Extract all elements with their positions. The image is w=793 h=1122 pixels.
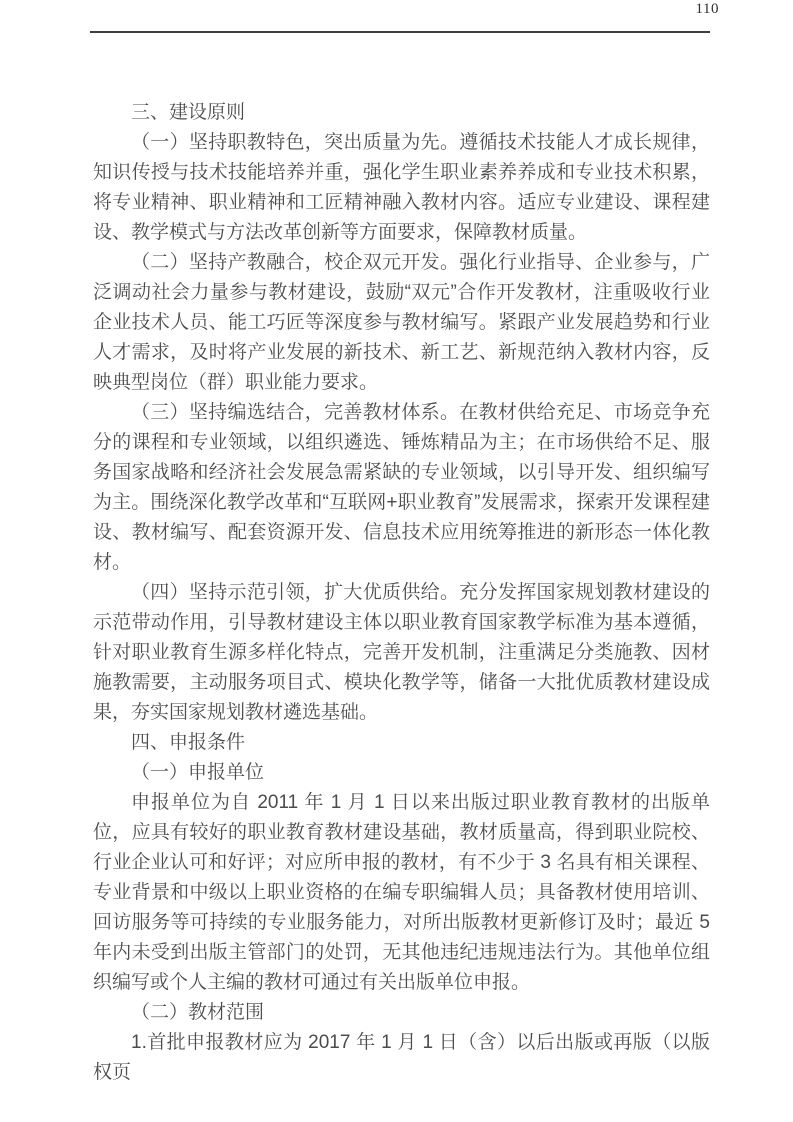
heading-section-4: 四、申报条件 <box>93 728 710 758</box>
subheading-application-unit: （一）申报单位 <box>93 758 710 788</box>
document-body: 三、建设原则 （一）坚持职教特色，突出质量为先。遵循技术技能人才成长规律，知识传… <box>93 98 710 1088</box>
page-number: 110 <box>696 1 719 18</box>
subheading-textbook-scope: （二）教材范围 <box>93 998 710 1028</box>
document-page: 110 三、建设原则 （一）坚持职教特色，突出质量为先。遵循技术技能人才成长规律… <box>0 0 793 1122</box>
para-principle-1: （一）坚持职教特色，突出质量为先。遵循技术技能人才成长规律，知识传授与技术技能培… <box>93 128 710 248</box>
para-principle-3: （三）坚持编选结合，完善教材体系。在教材供给充足、市场竞争充分的课程和专业领域，… <box>93 398 710 578</box>
header-rule <box>90 31 710 33</box>
para-application-unit: 申报单位为自 2011 年 1 月 1 日以来出版过职业教育教材的出版单位，应具… <box>93 788 710 998</box>
para-principle-4: （四）坚持示范引领，扩大优质供给。充分发挥国家规划教材建设的示范带动作用，引导教… <box>93 578 710 728</box>
para-principle-2: （二）坚持产教融合，校企双元开发。强化行业指导、企业参与，广泛调动社会力量参与教… <box>93 248 710 398</box>
heading-section-3: 三、建设原则 <box>93 98 710 128</box>
para-textbook-scope-item-1: 1.首批申报教材应为 2017 年 1 月 1 日（含）以后出版或再版（以版权页 <box>93 1028 710 1088</box>
